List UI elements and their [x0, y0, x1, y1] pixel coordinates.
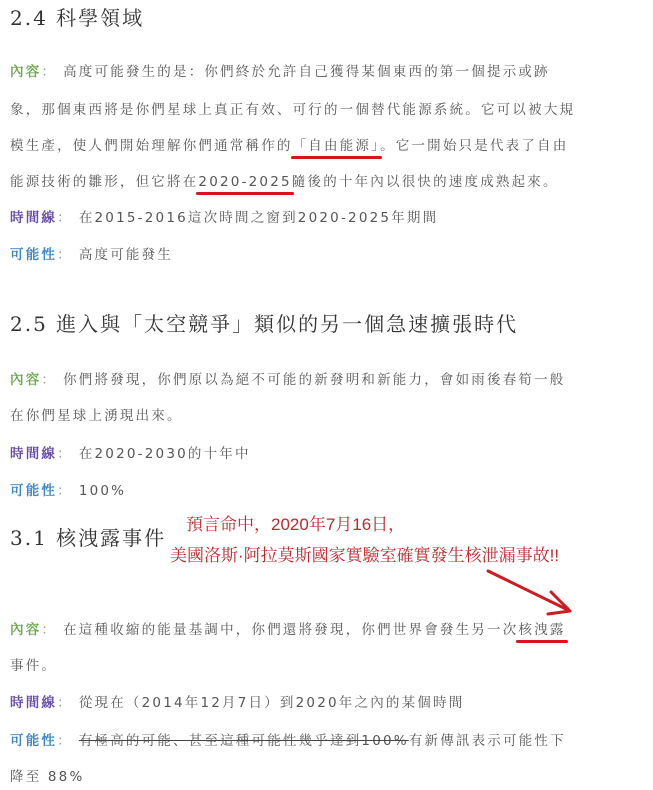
struck-probability: 有極高的可能、甚至這種可能性幾乎達到100% [79, 733, 409, 749]
probability-line: 可能性：有極高的可能、甚至這種可能性幾乎達到100%有新傳訊表示可能性下 [10, 729, 566, 749]
content-label: 內容 [10, 64, 41, 80]
probability-label: 可能性 [10, 483, 57, 499]
content-line: 事件。 [10, 654, 57, 674]
section-heading-3-1: 3.1 核洩露事件 [10, 522, 166, 551]
section-heading-2-4: 2.4 科學領域 [10, 2, 144, 31]
probability-line-2: 降至 88% [10, 765, 85, 785]
content-line: 內容：你們將發現，你們原以為絕不可能的新發明和新能力，會如雨後春筍一般 [10, 368, 566, 388]
content-line: 內容：在這種收縮的能量基調中，你們還將發現，你們世界會發生另一次核洩露 [10, 618, 566, 638]
probability-label: 可能性 [10, 247, 57, 263]
probability-line: 可能性：高度可能發生 [10, 243, 173, 263]
content-label: 內容 [10, 372, 41, 388]
content-line: 在你們星球上湧現出來。 [10, 404, 183, 424]
content-line: 能源技術的雛形，但它將在2020-2025隨後的十年內以很快的速度成熟起來。 [10, 170, 559, 190]
timeline-line: 時間線：在2020-2030的十年中 [10, 442, 251, 462]
red-arrow-icon [0, 0, 653, 790]
probability-line: 可能性：100% [10, 479, 126, 499]
content-label: 內容 [10, 622, 41, 638]
section-heading-2-5: 2.5 進入與「太空競爭」類似的另一個急速擴張時代 [10, 308, 518, 337]
highlight-nuclear-leak: 核洩露 [518, 622, 565, 638]
probability-label: 可能性 [10, 733, 57, 749]
content-line: 內容：高度可能發生的是：你們終於允許自己獲得某個東西的第一個提示或跡 [10, 60, 550, 80]
timeline-label: 時間線 [10, 695, 57, 711]
content-line: 模生產，使人們開始理解你們通常稱作的「自由能源」。它一開始只是代表了自由 [10, 134, 568, 154]
annotation-line-1: 預言命中，2020年7月16日， [186, 510, 405, 535]
timeline-label: 時間線 [10, 446, 57, 462]
highlight-year-range: 2020-2025 [198, 174, 291, 190]
highlight-free-energy: 「自由能源」 [293, 138, 380, 154]
annotation-line-2: 美國洛斯·阿拉莫斯國家實驗室確實發生核泄漏事故!! [170, 541, 559, 566]
content-line: 象，那個東西將是你們星球上真正有效、可行的一個替代能源系統。它可以被大規 [10, 98, 575, 118]
timeline-line: 時間線：從現在（2014年12月7日）到2020年之內的某個時間 [10, 691, 464, 711]
timeline-label: 時間線 [10, 210, 57, 226]
timeline-line: 時間線：在2015-2016這次時間之窗到2020-2025年期間 [10, 206, 438, 226]
